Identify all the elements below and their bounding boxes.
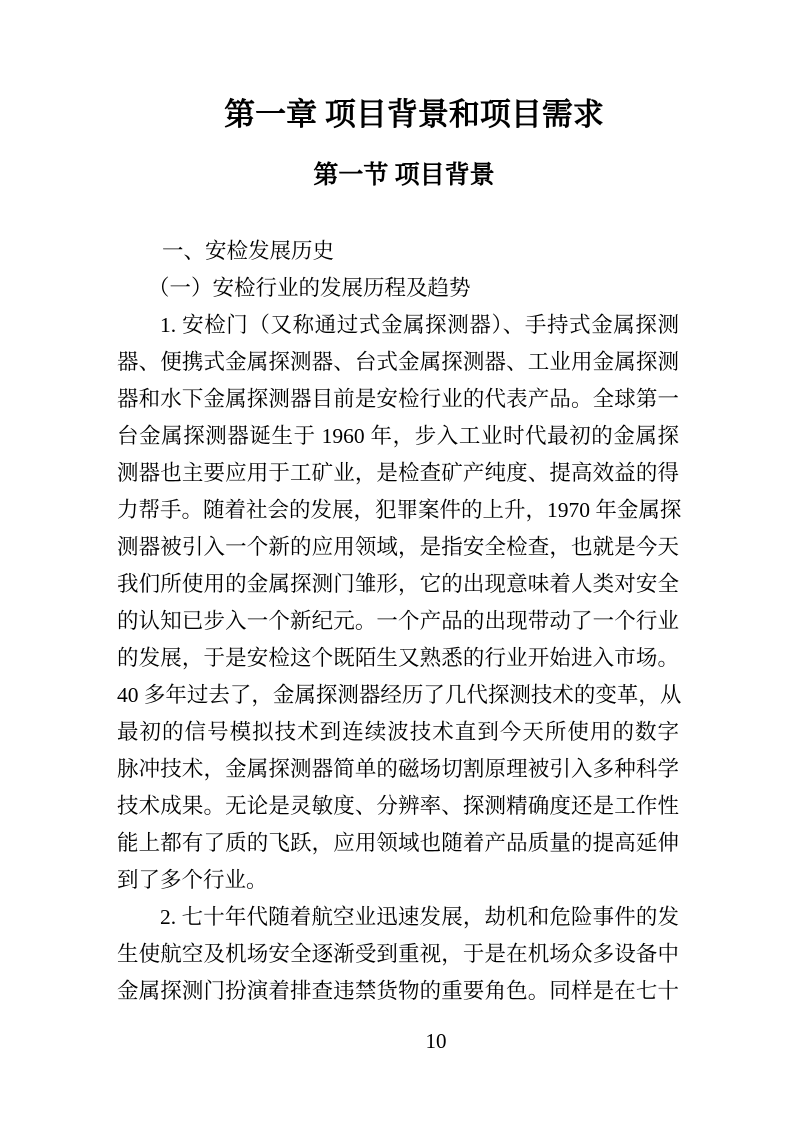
section-title: 第一节 项目背景 xyxy=(117,157,685,194)
text-line: 技术成果。无论是灵敏度、分辨率、探测精确度还是工作性 xyxy=(117,788,679,825)
text-line: 我们所使用的金属探测门雏形，它的出现意味着人类对安全 xyxy=(117,566,679,603)
text-line: 器、便携式金属探测器、台式金属探测器、工业用金属探测 xyxy=(117,344,679,381)
text-line: 测器也主要应用于工矿业，是检查矿产纯度、提高效益的得 xyxy=(117,455,679,492)
chapter-title: 第一章 项目背景和项目需求 xyxy=(117,93,695,137)
text-line: 台金属探测器诞生于 1960 年，步入工业时代最初的金属探 xyxy=(117,418,679,455)
text-line: 能上都有了质的飞跃，应用领域也随着产品质量的提高延伸 xyxy=(117,825,679,862)
text-line: 力帮手。随着社会的发展，犯罪案件的上升，1970 年金属探 xyxy=(117,492,679,529)
document-page: 第一章 项目背景和项目需求 第一节 项目背景 一、安检发展历史（一）安检行业的发… xyxy=(0,0,793,1122)
text-line: 的发展，于是安检这个既陌生又熟悉的行业开始进入市场。 xyxy=(117,640,679,677)
text-line: 测器被引入一个新的应用领域，是指安全检查，也就是今天 xyxy=(117,529,679,566)
text-line: 器和水下金属探测器目前是安检行业的代表产品。全球第一 xyxy=(117,381,679,418)
text-line: 的认知已步入一个新纪元。一个产品的出现带动了一个行业 xyxy=(117,603,679,640)
text-line: 脉冲技术，金属探测器简单的磁场切割原理被引入多种科学 xyxy=(117,751,679,788)
text-line: 生使航空及机场安全逐渐受到重视，于是在机场众多设备中 xyxy=(117,936,679,973)
page-number: 10 xyxy=(117,1023,717,1060)
text-line: （一）安检行业的发展历程及趋势 xyxy=(117,270,679,307)
text-line: 40 多年过去了，金属探测器经历了几代探测技术的变革，从 xyxy=(117,677,679,714)
text-line: 金属探测门扮演着排查违禁货物的重要角色。同样是在七十 xyxy=(117,973,679,1010)
body-text: 一、安检发展历史（一）安检行业的发展历程及趋势1. 安检门（又称通过式金属探测器… xyxy=(117,233,679,1010)
text-line: 到了多个行业。 xyxy=(117,862,679,899)
text-line: 2. 七十年代随着航空业迅速发展，劫机和危险事件的发 xyxy=(117,899,679,936)
text-line: 1. 安检门（又称通过式金属探测器）、手持式金属探测 xyxy=(117,307,679,344)
text-line: 最初的信号模拟技术到连续波技术直到今天所使用的数字 xyxy=(117,714,679,751)
text-line: 一、安检发展历史 xyxy=(117,233,679,270)
